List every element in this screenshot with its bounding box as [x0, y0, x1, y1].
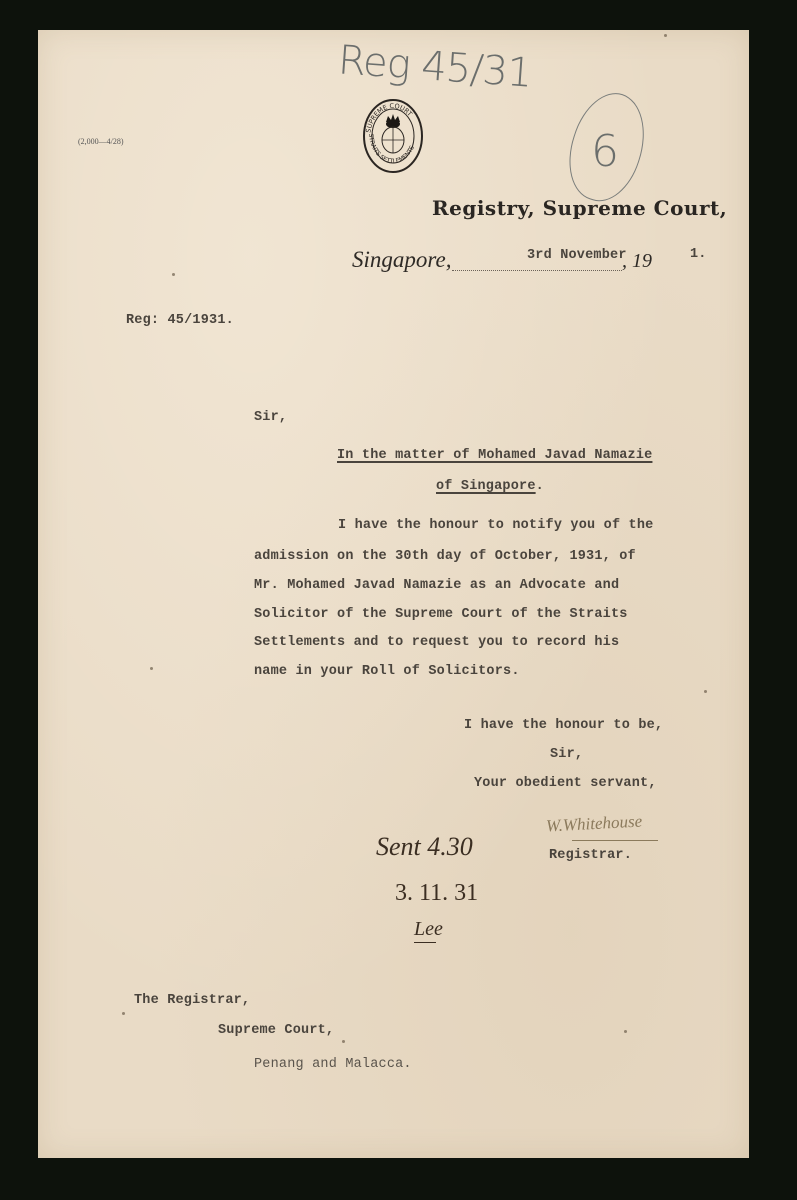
paper-speck	[704, 690, 707, 693]
year-prefix: , 19	[622, 250, 652, 273]
circled-number: 6	[591, 126, 619, 177]
handwritten-date-note: 3. 11. 31	[395, 880, 478, 907]
signature-underline	[572, 840, 658, 841]
body-line-1: I have the honour to notify you of the	[338, 518, 653, 533]
addressee-line-3: Penang and Malacca.	[254, 1057, 412, 1072]
date-dotted-line	[452, 270, 622, 271]
place-name: Singapore,	[352, 247, 451, 273]
svg-text:STRAITS SETTLEMENTS: STRAITS SETTLEMENTS	[367, 133, 416, 165]
addressee-line-1: The Registrar,	[134, 993, 250, 1008]
body-line-6: name in your Roll of Solicitors.	[254, 664, 520, 679]
reference-number: Reg: 45/1931.	[126, 313, 234, 328]
letter-date: 3rd November	[527, 248, 627, 263]
paper-speck	[624, 1030, 627, 1033]
closing-line-3: Your obedient servant,	[474, 776, 657, 791]
body-line-3: Mr. Mohamed Javad Namazie as an Advocate…	[254, 578, 619, 593]
paper-speck	[172, 273, 175, 276]
body-line-2: admission on the 30th day of October, 19…	[254, 549, 636, 564]
subject-line-2: of Singapore	[436, 479, 536, 494]
closing-line-2: Sir,	[550, 747, 583, 762]
subject-line-2-period: .	[536, 479, 544, 494]
subject-line-1: In the matter of Mohamed Javad Namazie	[337, 448, 652, 463]
subject-line-2-wrap: of Singapore.	[436, 479, 544, 494]
body-line-4: Solicitor of the Supreme Court of the St…	[254, 607, 628, 622]
year-suffix: 1.	[690, 247, 707, 262]
handwritten-sent-note: Sent 4.30	[376, 832, 473, 862]
paper-speck	[664, 34, 667, 37]
form-code: (2,000—4/28)	[78, 137, 124, 146]
paper-speck	[342, 1040, 345, 1043]
signatory-title: Registrar.	[549, 848, 632, 863]
supreme-court-seal-icon: SUPREME COURT STRAITS SETTLEMENTS	[362, 98, 424, 174]
paper-speck	[122, 1012, 125, 1015]
closing-line-1: I have the honour to be,	[464, 718, 663, 733]
addressee-line-2: Supreme Court,	[218, 1023, 334, 1038]
body-line-5: Settlements and to request you to record…	[254, 635, 619, 650]
handwritten-initials: Lee	[414, 918, 443, 941]
salutation: Sir,	[254, 410, 287, 425]
paper-speck	[150, 667, 153, 670]
letterhead-title: Registry, Supreme Court,	[432, 196, 727, 220]
initials-underline	[414, 942, 436, 943]
